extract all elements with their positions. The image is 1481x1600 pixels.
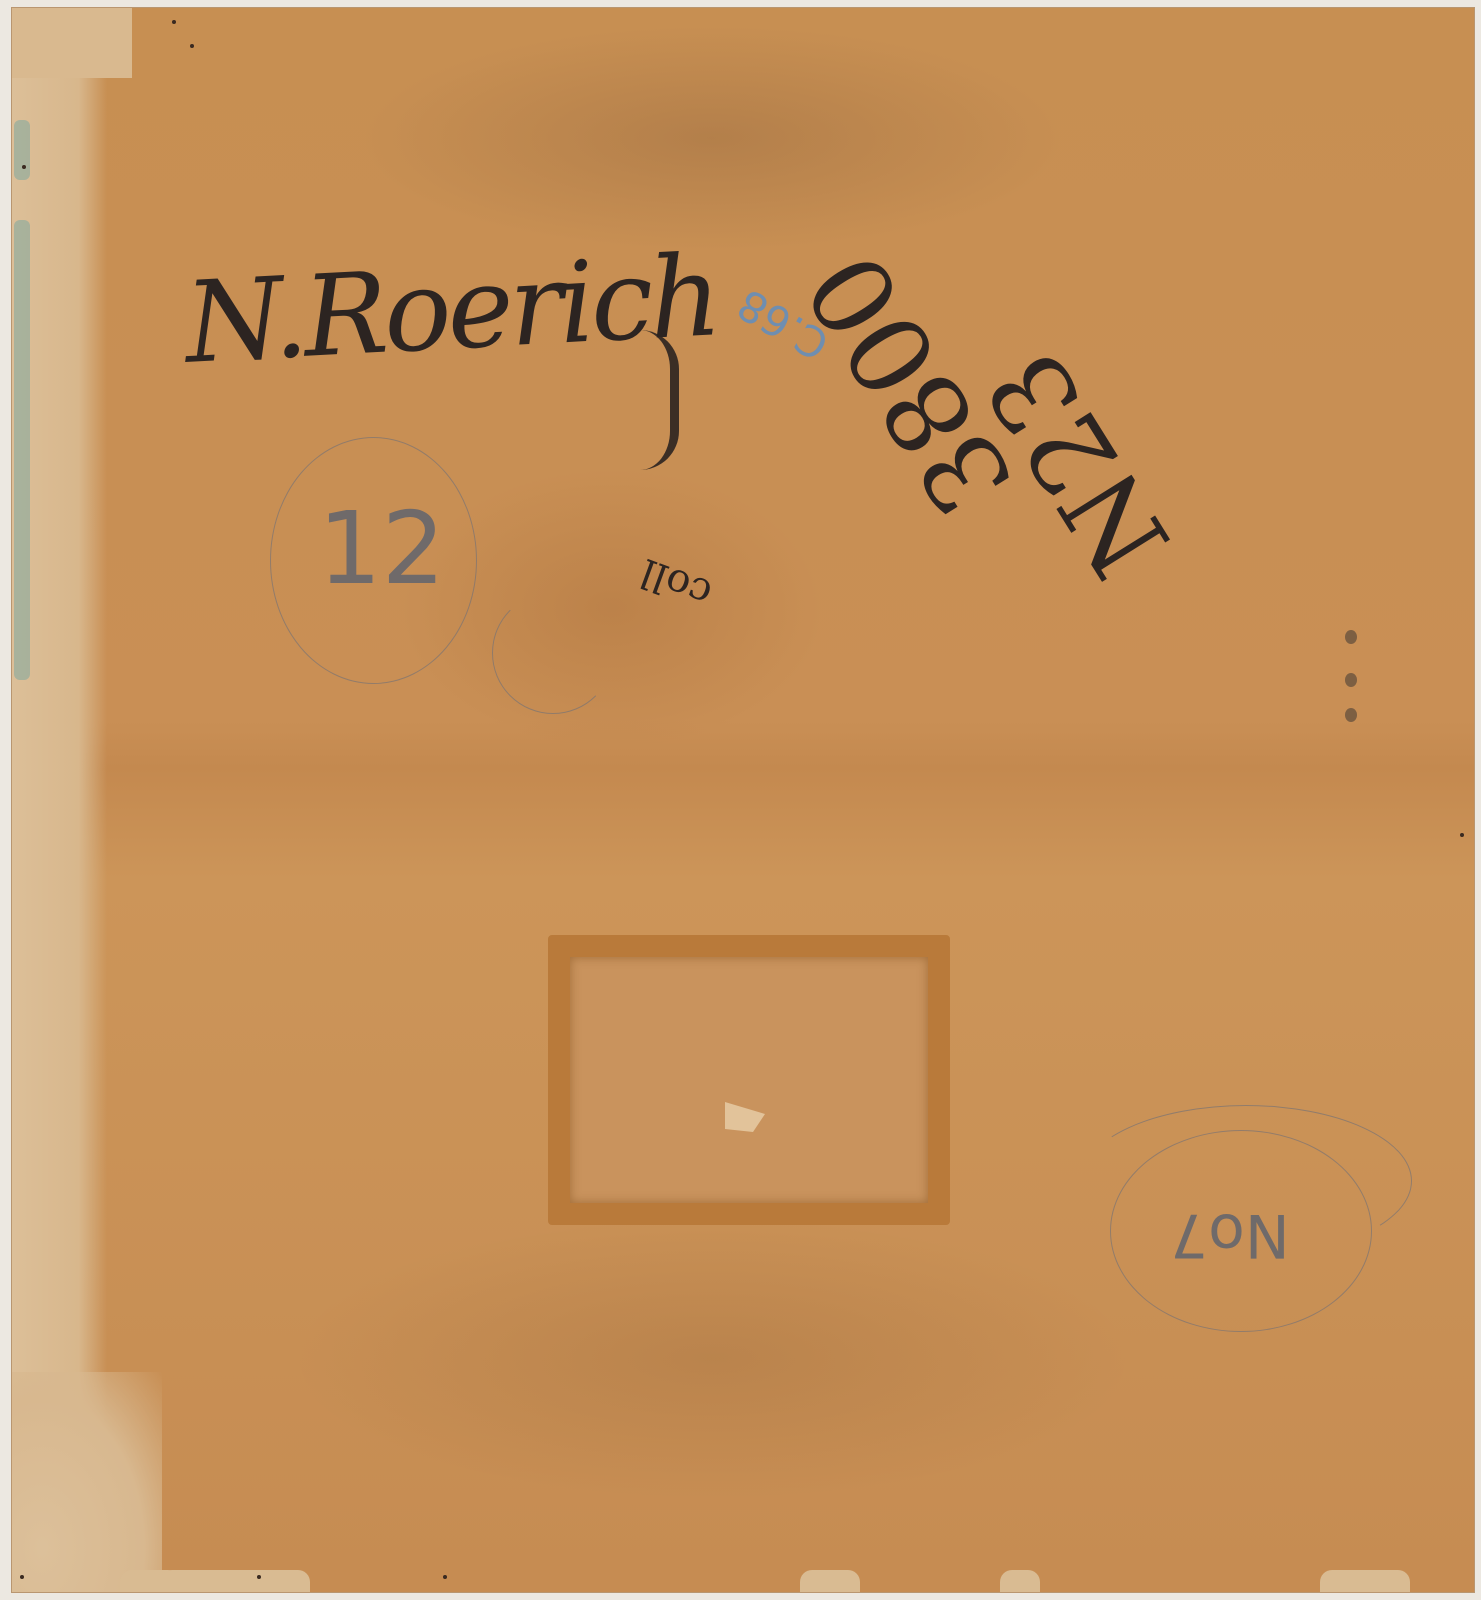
pencil-arc (492, 592, 614, 714)
bottom-edge-stain (160, 1570, 310, 1592)
nail-hole (20, 1575, 24, 1579)
tape-residue-frame (548, 935, 950, 1225)
top-left-edge (12, 8, 132, 78)
bottom-edge-stain (1320, 1570, 1410, 1592)
paint-spot (1345, 708, 1357, 722)
paper-tear (725, 1102, 765, 1132)
bottom-edge-stain (800, 1570, 860, 1592)
painting-board-back (12, 8, 1474, 1592)
signature-tail-stroke (640, 330, 679, 470)
bottom-left-stain (12, 1372, 162, 1592)
circled-number: 12 (318, 490, 445, 607)
circled-note: No7 (1170, 1200, 1290, 1270)
paint-spot (1345, 673, 1357, 687)
nail-hole (443, 1575, 447, 1579)
nail-hole (190, 44, 194, 48)
bottom-edge-stain (1000, 1570, 1040, 1592)
paint-spot (1345, 630, 1357, 644)
nail-hole (22, 165, 26, 169)
nail-hole (1460, 833, 1464, 837)
nail-hole (172, 20, 176, 24)
blue-paint-stain (14, 120, 30, 180)
nail-hole (257, 1575, 261, 1579)
blue-paint-stain (14, 220, 30, 680)
